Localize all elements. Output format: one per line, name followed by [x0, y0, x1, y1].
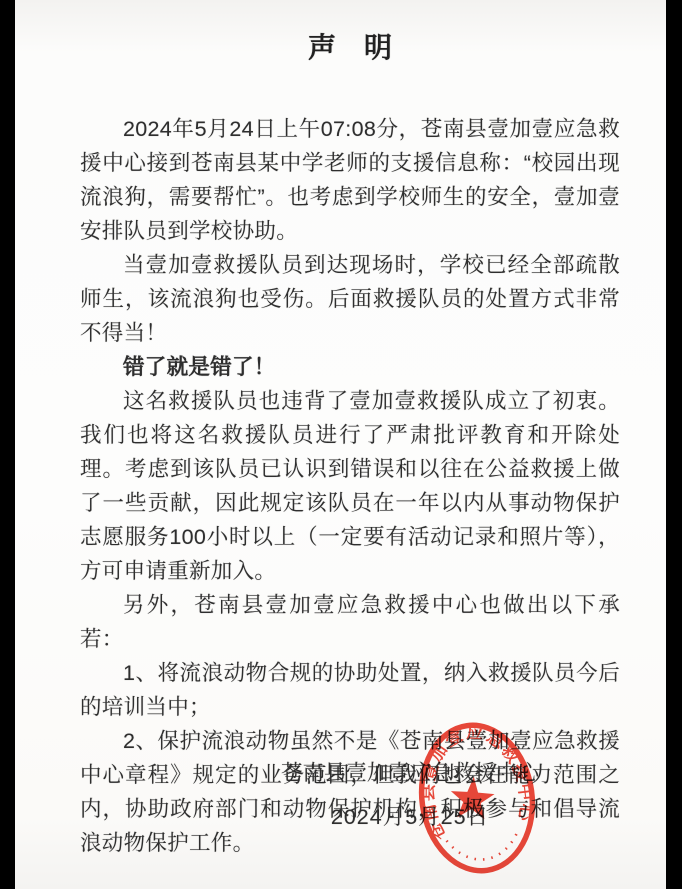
- statement-list-item-1: 1、将流浪动物合规的协助处置，纳入救援队员今后的培训当中；: [80, 656, 620, 724]
- statement-body: 声 明 2024年5月24日上午07:08分，苍南县壹加壹应急救援中心接到苍南县…: [15, 0, 666, 860]
- signature-date: 2024月5月25日: [180, 800, 640, 831]
- document-page: 声 明 2024年5月24日上午07:08分，苍南县壹加壹应急救援中心接到苍南县…: [15, 0, 666, 889]
- document-title: 声 明: [80, 26, 620, 66]
- statement-paragraph: 2024年5月24日上午07:08分，苍南县壹加壹应急救援中心接到苍南县某中学老…: [80, 112, 620, 248]
- statement-paragraph: 当壹加壹救援队员到达现场时，学校已经全部疏散师生，该流浪狗也受伤。后面救援队员的…: [80, 248, 620, 350]
- statement-paragraph: 这名救援队员也违背了壹加壹救援队成立了初衷。我们也将这名救援队员进行了严肃批评教…: [80, 384, 620, 588]
- statement-paragraph: 另外，苍南县壹加壹应急救援中心也做出以下承若：: [80, 588, 620, 656]
- statement-paragraph-emphasis: 错了就是错了！: [80, 350, 620, 384]
- photo-canvas: { "document": { "title": "声 明", "paragra…: [0, 0, 682, 889]
- signature-block: 苍南县壹加壹应急救援中心 2024月5月25日: [180, 756, 640, 831]
- signature-org: 苍南县壹加壹应急救援中心: [180, 756, 640, 787]
